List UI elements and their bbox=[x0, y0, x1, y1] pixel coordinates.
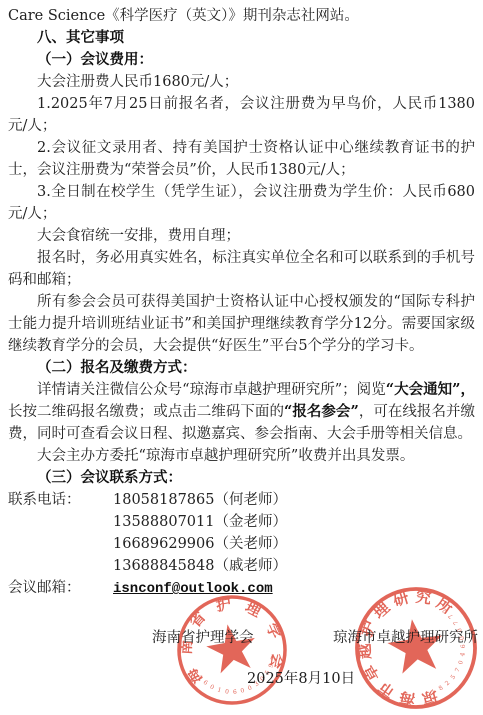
note-credits: 所有参会会员可获得美国护士资格认证中心授权颁发的“国际专科护士能力提升培训班结业… bbox=[8, 291, 475, 357]
text-run: 八、其它事项 bbox=[37, 29, 124, 46]
heading-section-8: 八、其它事项 bbox=[8, 27, 475, 49]
text-run: 长按二维码报名缴费；或点击二维码下面的 bbox=[8, 404, 284, 420]
signature-org-left: 海南省护理学会 bbox=[152, 626, 254, 647]
text-run: 3.全日制在校学生（凭学生证），会议注册费为学生价：人民币680元/人； bbox=[8, 184, 475, 222]
text-run: （一）会议费用： bbox=[37, 51, 153, 68]
email-link[interactable]: isnconf@outlook.com bbox=[113, 581, 273, 597]
text-run: “报名参会” bbox=[284, 403, 359, 420]
contact-phone-2: 13588807011（金老师） bbox=[8, 511, 475, 533]
signature-date: 2025年8月10日 bbox=[247, 667, 355, 688]
text-run: 大会注册费人民币1680元/人； bbox=[37, 74, 238, 90]
contact-phone-3: 16689629906（关老师） bbox=[8, 533, 475, 555]
text-run: 大会主办方委托“琼海市卓越护理研究所”收费并出具发票。 bbox=[37, 448, 414, 464]
text-run: 会议邮箱： bbox=[8, 577, 113, 599]
signature-org-right: 琼海市卓越护理研究所 bbox=[333, 626, 478, 647]
fee-honorary: 2.会议征文录用者、持有美国护士资格认证中心继续教育证书的护士，会议注册费为“荣… bbox=[8, 137, 475, 181]
note-accommodation: 大会食宿统一安排，费用自理； bbox=[8, 225, 475, 247]
text-run: 联系电话： bbox=[8, 489, 113, 511]
contact-phone-4: 13688845848（戚老师） bbox=[8, 555, 475, 577]
fee-student: 3.全日制在校学生（凭学生证），会议注册费为学生价：人民币680元/人； bbox=[8, 181, 475, 225]
contact-email: 会议邮箱：isnconf@outlook.com bbox=[8, 577, 475, 600]
note-registration-info: 报名时，务必用真实姓名，标注真实单位全名和可以联系到的手机号码和邮箱； bbox=[8, 247, 475, 291]
text-run: 所有参会会员可获得美国护士资格认证中心授权颁发的“国际专科护士能力提升培训班结业… bbox=[8, 294, 475, 354]
registration-details: 详情请关注微信公众号“琼海市卓越护理研究所”；阅览“大会通知”，长按二维码报名缴… bbox=[8, 379, 475, 445]
text-run: （三）会议联系方式： bbox=[37, 469, 182, 486]
text-run: 18058187865（何老师） bbox=[113, 492, 287, 508]
text-run: 大会食宿统一安排，费用自理； bbox=[37, 228, 240, 244]
fee-standard: 大会注册费人民币1680元/人； bbox=[8, 71, 475, 93]
text-run: 13588807011（金老师） bbox=[113, 514, 287, 530]
text-run: “大会通知”， bbox=[386, 381, 475, 398]
heading-contact: （三）会议联系方式： bbox=[8, 467, 475, 489]
text-run: Care Science《科学医疗（英文）》期刊杂志社网站。 bbox=[8, 8, 359, 24]
text-run: 2.会议征文录用者、持有美国护士资格认证中心继续教育证书的护士，会议注册费为“荣… bbox=[8, 140, 475, 178]
text-run: 1.2025年7月25日前报名者，会议注册费为早鸟价，人民币1380元/人； bbox=[8, 96, 475, 134]
invoice-note: 大会主办方委托“琼海市卓越护理研究所”收费并出具发票。 bbox=[8, 445, 475, 467]
text-run: （二）报名及缴费方式： bbox=[37, 359, 197, 376]
heading-registration: （二）报名及缴费方式： bbox=[8, 357, 475, 379]
document-body: Care Science《科学医疗（英文）》期刊杂志社网站。八、其它事项（一）会… bbox=[8, 5, 475, 600]
official-seal-left: 海南省护理学会 460106003059730 bbox=[175, 593, 289, 707]
contact-phone-1: 联系电话：18058187865（何老师） bbox=[8, 489, 475, 511]
text-run: 16689629906（关老师） bbox=[113, 536, 287, 552]
text-run: 报名时，务必用真实姓名，标注真实单位全名和可以联系到的手机号码和邮箱； bbox=[8, 250, 475, 288]
text-run: 详情请关注微信公众号“琼海市卓越护理研究所”；阅览 bbox=[37, 382, 386, 398]
line-journal-website: Care Science《科学医疗（英文）》期刊杂志社网站。 bbox=[8, 5, 475, 27]
heading-fees: （一）会议费用： bbox=[8, 49, 475, 71]
text-run: 13688845848（戚老师） bbox=[113, 558, 287, 574]
fee-early-bird: 1.2025年7月25日前报名者，会议注册费为早鸟价，人民币1380元/人； bbox=[8, 93, 475, 137]
official-seal-right: 琼海市卓越护理研究所 182570460077287 bbox=[353, 585, 479, 711]
